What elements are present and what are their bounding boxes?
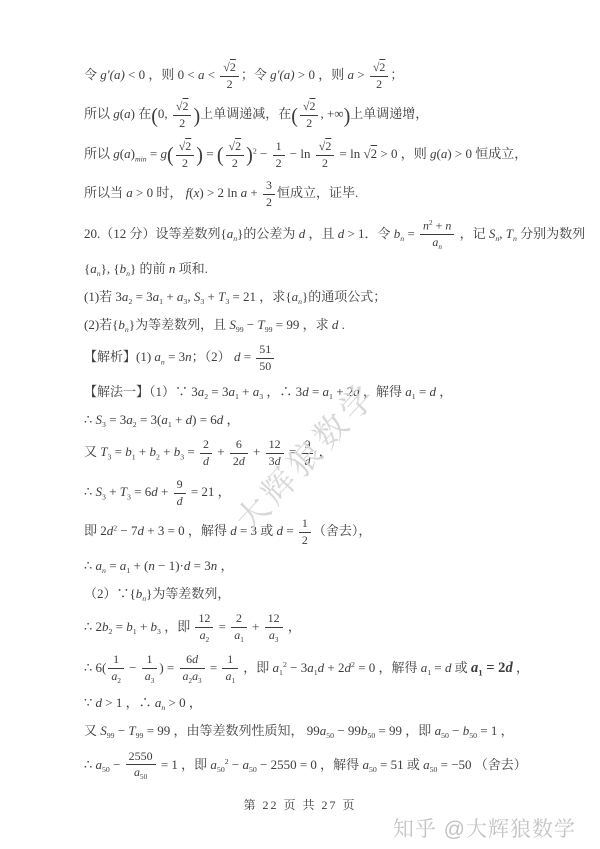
line-conclusion-proof: 所以当 a > 0 时， f(x) > 2 ln a + 32恒成立，证毕. <box>84 178 562 210</box>
line-t3: 又 T3 = b1 + b2 + b3 = 2d + 62d + 123d = … <box>84 437 562 469</box>
line-problem-20-cont: {an}, {bn} 的前 n 项和. <box>84 259 562 280</box>
line-s3-plus-t3: ∴ S3 + T3 = 6d + 9d = 21 ， <box>84 477 562 509</box>
line-problem-20: 20.（12 分）设等差数列{an}的公差为 d ，且 d > 1．令 bn =… <box>84 218 562 252</box>
line-s99-t99: 又 S99 − T99 = 99 ，由等差数列性质知， 99a50 − 99b5… <box>84 721 562 742</box>
line-2b2: ∴ 2b2 = b1 + b3 ，即 12a2 = 2a1 + 12a3 ， <box>84 611 562 645</box>
line-six-diff: ∴ 6(1a2 − 1a3) = 6da2a3 = 1a1 ，即 a12 − 3… <box>84 652 562 686</box>
line-part2-start: （2）∵{bn}为等差数列， <box>84 584 562 605</box>
line-monotonicity: 所以 g(a) 在(0, √22)上单调递减，在(√22, +∞)上单调递增， <box>84 99 562 131</box>
page-footer: 第 22 页 共 27 页 <box>0 796 600 813</box>
line-g-min: 所以 g(a)min = g(√22) = (√22)2 − 12 − ln √… <box>84 139 562 171</box>
corner-watermark: 知乎 @大辉狼数学 <box>393 813 576 843</box>
document-body: 令 g′(a) < 0 ，则 0 < a < √22；令 g′(a) > 0 ，… <box>84 60 562 790</box>
line-d-gt-1: ∵ d > 1 ，∴ an > 0 ， <box>84 693 562 714</box>
line-method1-start: 【解法一】（1）∵ 3a2 = 3a1 + a3 ，∴ 3d = a1 + 2d… <box>84 382 562 403</box>
document-page: 令 g′(a) < 0 ，则 0 < a < √22；令 g′(a) > 0 ，… <box>0 0 600 849</box>
line-answer: 【解析】(1) an = 3n；（2） d = 5150 <box>84 342 562 374</box>
line-s3: ∴ S3 = 3a2 = 3(a1 + d) = 6d ， <box>84 410 562 431</box>
line-part1: (1)若 3a2 = 3a1 + a3, S3 + T3 = 21 ，求{an}… <box>84 287 562 308</box>
line-an-formula: ∴ an = a1 + (n − 1)·d = 3n ， <box>84 556 562 577</box>
line-a50-solve: ∴ a50 − 2550a50 = 1 ，即 a502 − a50 − 2550… <box>84 749 562 783</box>
line-quadratic-d: 即 2d2 − 7d + 3 = 0 ，解得 d = 3 或 d = 12（舍去… <box>84 516 562 548</box>
line-part2: (2)若{bn}为等差数列，且 S99 − T99 = 99 ，求 d . <box>84 315 562 336</box>
line-g-prime-sign: 令 g′(a) < 0 ，则 0 < a < √22；令 g′(a) > 0 ，… <box>84 60 562 92</box>
